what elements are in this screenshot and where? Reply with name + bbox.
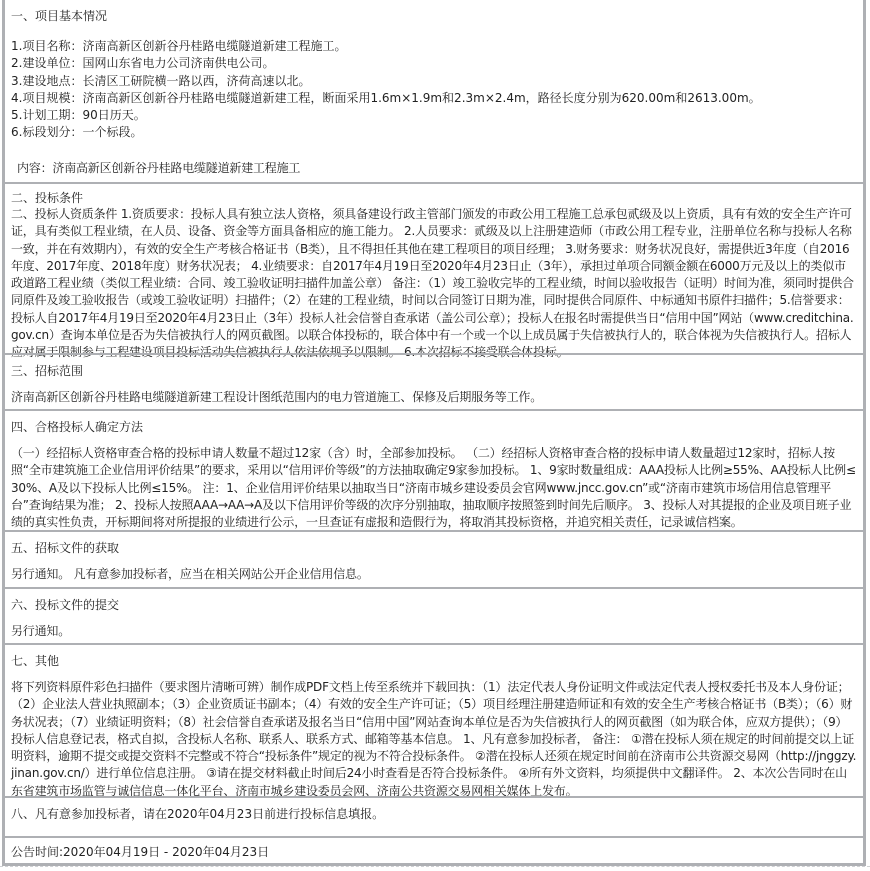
section-heading: 四、合格投标人确定方法 [11,411,857,435]
section-heading: 五、招标文件的获取 [11,532,857,556]
section-heading: 一、项目基本情况 [11,0,857,24]
info-item-location: 3.建设地点：长清区工研院横一路以西，济荷高速以北。 [11,73,857,90]
section-basic-info: 一、项目基本情况 1.项目名称：济南高新区创新谷丹桂路电缆隧道新建工程施工。 2… [5,0,863,182]
info-item-lots: 6.标段划分：一个标段。 [11,124,857,141]
info-item-scale: 4.项目规模：济南高新区创新谷丹桂路电缆隧道新建工程，断面采用1.6m×1.9m… [11,90,857,107]
section-heading: 二、投标条件 [11,184,857,206]
info-item-owner: 2.建设单位：国网山东省电力公司济南供电公司。 [11,55,857,72]
section-body: 另行通知。 [11,623,857,640]
bottom-dotted-divider [0,866,870,867]
section-notice-time: 公告时间:2020年04月19日 - 2020年04月23日 [5,836,863,863]
content-text: 内容：济南高新区创新谷丹桂路电缆隧道新建工程施工 [11,160,857,177]
project-info-list: 1.项目名称：济南高新区创新谷丹桂路电缆隧道新建工程施工。 2.建设单位：国网山… [11,38,857,142]
section-bid-conditions: 二、投标条件 二、投标人资质条件 1.资质要求：投标人具有独立法人资格，须具备建… [5,182,863,353]
section-obtain-documents: 五、招标文件的获取 另行通知。 凡有意参加投标者，应当在相关网站公开企业信用信息… [5,530,863,587]
section-body: 将下列资料原件彩色扫描件（要求图片清晰可辨）制作成PDF文档上传至系统并下载回执… [11,679,857,800]
section-submit-documents: 六、投标文件的提交 另行通知。 [5,587,863,643]
info-item-duration: 5.计划工期：90日历天。 [11,107,857,124]
announcement-table: 一、项目基本情况 1.项目名称：济南高新区创新谷丹桂路电缆隧道新建工程施工。 2… [2,0,866,866]
section-body: 二、投标人资质条件 1.资质要求：投标人具有独立法人资格，须具备建设行政主管部门… [11,206,857,362]
section-scope: 三、招标范围 济南高新区创新谷丹桂路电缆隧道新建工程设计图纸范围内的电力管道施工… [5,353,863,409]
section-body: 另行通知。 凡有意参加投标者，应当在相关网站公开企业信用信息。 [11,566,857,583]
section-body: 济南高新区创新谷丹桂路电缆隧道新建工程设计图纸范围内的电力管道施工、保修及后期服… [11,389,857,406]
section-registration-deadline: 八、凡有意参加投标者，请在2020年04月23日前进行投标信息填报。 [5,796,863,836]
section-heading: 三、招标范围 [11,355,857,379]
section-heading: 八、凡有意参加投标者，请在2020年04月23日前进行投标信息填报。 [11,798,857,822]
section-qualification-method: 四、合格投标人确定方法 （一）经招标人资格审查合格的投标申请人数量不超过12家（… [5,409,863,530]
section-body: （一）经招标人资格审查合格的投标申请人数量不超过12家（含）时，全部参加投标。 … [11,445,857,531]
notice-time-text: 公告时间:2020年04月19日 - 2020年04月23日 [11,838,857,860]
info-item-name: 1.项目名称：济南高新区创新谷丹桂路电缆隧道新建工程施工。 [11,38,857,55]
section-other: 七、其他 将下列资料原件彩色扫描件（要求图片清晰可辨）制作成PDF文档上传至系统… [5,643,863,796]
section-heading: 六、投标文件的提交 [11,589,857,613]
section-heading: 七、其他 [11,645,857,669]
